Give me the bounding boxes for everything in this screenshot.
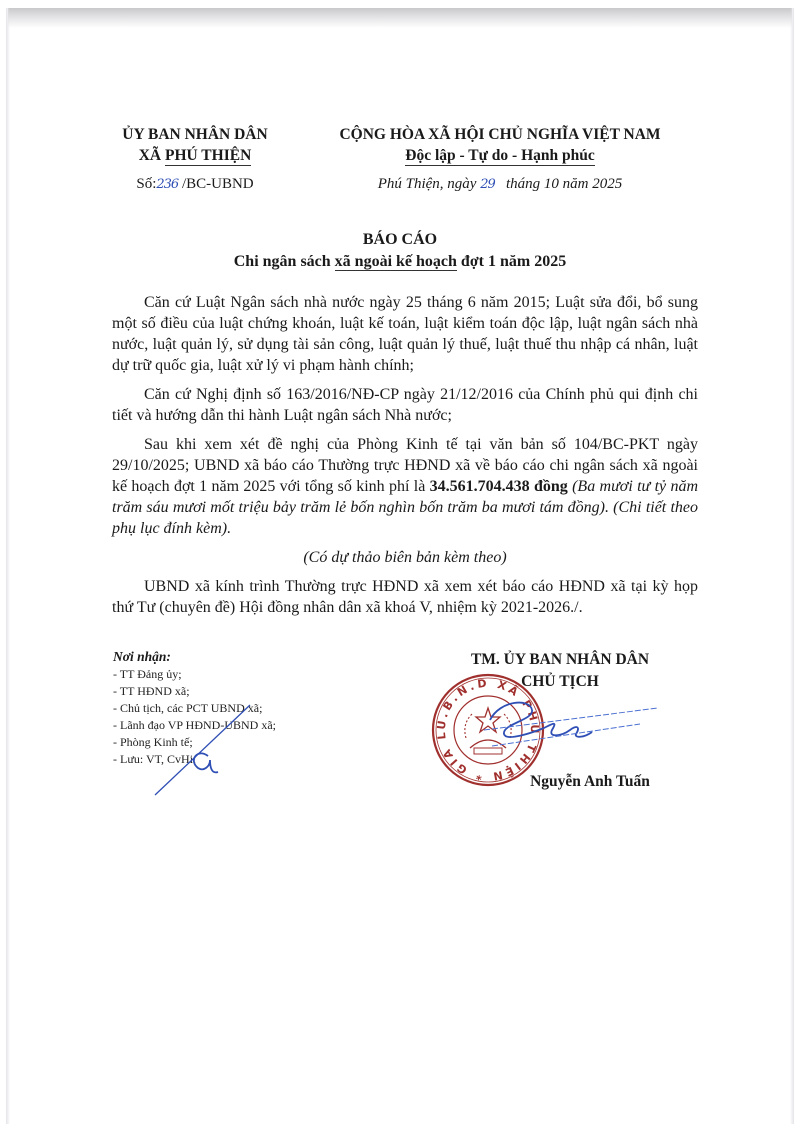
initials-mark (150, 700, 260, 800)
agency-prefix: XÃ (139, 147, 165, 164)
recipient-item: - TT HĐND xã; (113, 683, 373, 700)
ref-suffix: /BC-UBND (182, 176, 254, 192)
subtitle-part: đợt 1 năm 2025 (457, 253, 566, 270)
document-title: BÁO CÁO (100, 229, 700, 251)
issuing-agency-block: ỦY BAN NHÂN DÂN XÃ PHÚ THIỆN Số:236 /BC-… (100, 124, 290, 195)
document-subtitle: Chi ngân sách xã ngoài kế hoạch đợt 1 nă… (100, 251, 700, 273)
paragraph-submission: UBND xã kính trình Thường trực HĐND xã x… (112, 576, 698, 618)
scan-edge-right (790, 8, 794, 1124)
subtitle-part: Chi ngân sách (234, 253, 335, 270)
nation-name: CỘNG HÒA XÃ HỘI CHỦ NGHĨA VIỆT NAM (300, 124, 700, 145)
scan-edge-left (6, 8, 10, 1124)
paragraph-legal-basis-1: Căn cứ Luật Ngân sách nhà nước ngày 25 t… (112, 292, 698, 376)
recipient-item: - TT Đảng ủy; (113, 666, 373, 683)
motto: Độc lập - Tự do - Hạnh phúc (405, 146, 594, 166)
ref-prefix: Số: (136, 176, 156, 192)
attachment-note: (Có dự thảo biên bản kèm theo) (112, 547, 698, 568)
agency-name: PHÚ THIỆN (165, 146, 251, 166)
total-amount: 34.561.704.438 đồng (430, 478, 568, 495)
ref-number-handwritten: 236 (156, 177, 178, 192)
paragraph-legal-basis-2: Căn cứ Nghị định số 163/2016/NĐ-CP ngày … (112, 384, 698, 426)
place-date-prefix: Phú Thiện, ngày (378, 176, 477, 192)
agency-line2: XÃ PHÚ THIỆN (100, 145, 290, 166)
document-body: Căn cứ Luật Ngân sách nhà nước ngày 25 t… (112, 292, 698, 626)
handwritten-signature (480, 690, 660, 750)
paragraph-report: Sau khi xem xét đề nghị của Phòng Kinh t… (112, 434, 698, 539)
document-title-block: BÁO CÁO Chi ngân sách xã ngoài kế hoạch … (100, 229, 700, 273)
signer-organization: TM. ỦY BAN NHÂN DÂN (410, 649, 710, 671)
place-date: Phú Thiện, ngày 29 tháng 10 năm 2025 (300, 174, 700, 195)
recipients-title: Nơi nhận: (113, 648, 373, 666)
subtitle-underlined: xã ngoài kế hoạch (335, 253, 457, 271)
scan-shadow (8, 8, 792, 28)
date-day-handwritten: 29 (480, 177, 495, 192)
motto-line: Độc lập - Tự do - Hạnh phúc (300, 145, 700, 166)
national-motto-block: CỘNG HÒA XÃ HỘI CHỦ NGHĨA VIỆT NAM Độc l… (300, 124, 700, 195)
agency-line1: ỦY BAN NHÂN DÂN (100, 124, 290, 145)
document-reference: Số:236 /BC-UBND (100, 174, 290, 195)
place-date-suffix: tháng 10 năm 2025 (506, 176, 622, 192)
